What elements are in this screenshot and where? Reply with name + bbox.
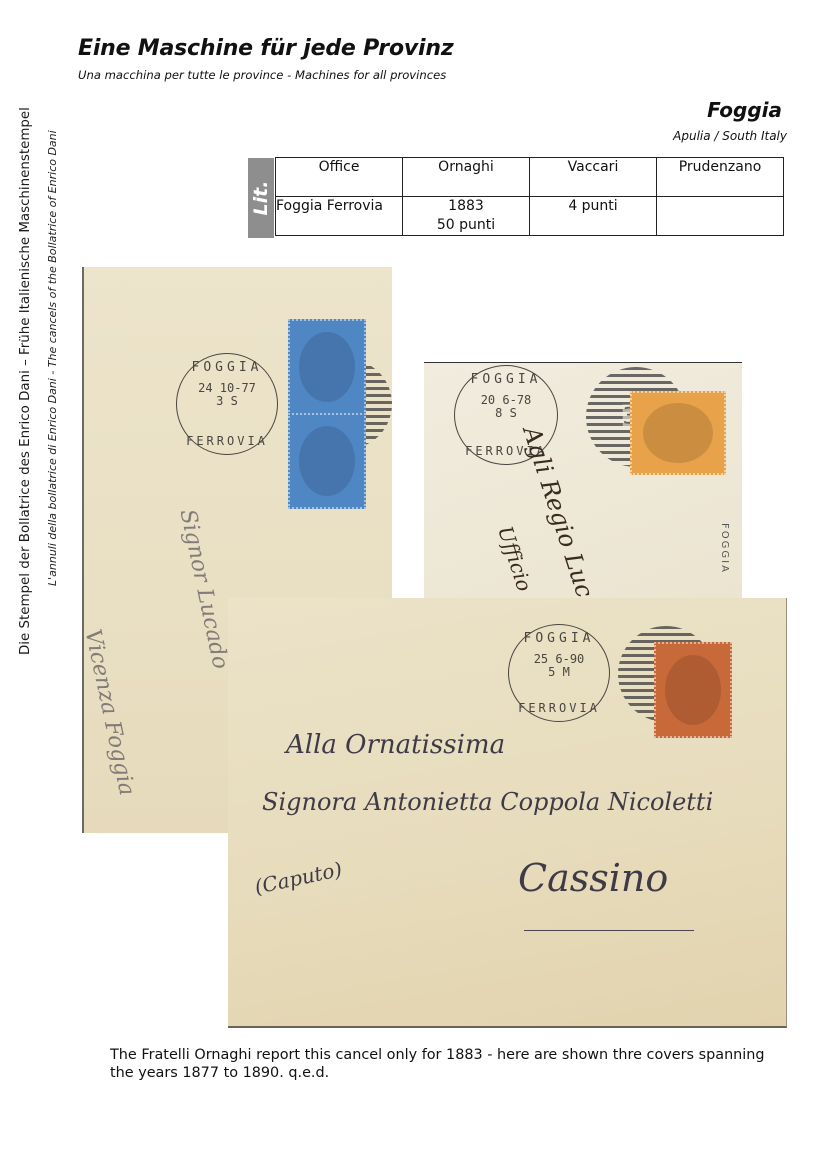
table-header-row: Office Ornaghi Vaccari Prudenzano [276,158,784,197]
col-office: Office [276,158,403,197]
location-name: Foggia [707,98,782,122]
cell-prudenzano [657,197,784,236]
stamp-brown [654,642,732,738]
location-region: Apulia / South Italy [673,129,787,143]
literature-label: Lit. [248,158,274,238]
series-title: Die Stempel der Bollatrice des Enrico Da… [18,107,33,655]
address-line: (Caputo) [252,857,344,899]
literature-table: Office Ornaghi Vaccari Prudenzano Foggia… [275,157,784,236]
page-subtitle: Una macchina per tutte le province - Mac… [78,68,446,82]
caption-note: The Fratelli Ornaghi report this cancel … [110,1046,770,1082]
address-line: Signora Antonietta Coppola Nicoletti [262,788,713,816]
series-subtitle: L'annuli della bollatrice di Enrico Dani… [46,130,59,586]
handwriting: Signor Lucado [175,507,233,671]
handwriting: Vicenza Foggia [80,627,140,798]
address-line: Cassino [518,856,668,900]
cell-ornaghi: 188350 punti [403,197,530,236]
stamp-blue [288,319,366,415]
cover-1878: FOGGIA 20 6-788 S FERROVIA 30 Agli Regio… [424,362,742,605]
address-line: Alla Ornatissima [286,730,505,760]
cell-office: Foggia Ferrovia [276,197,403,236]
stamp-orange [630,391,726,475]
postmark: FOGGIA 24 10-773 S FERROVIA [176,353,278,455]
cover-1890: FOGGIA 25 6-905 M FERROVIA 3 Alla Ornati… [228,598,787,1028]
cell-vaccari: 4 punti [530,197,657,236]
underline [524,930,694,931]
stamp-blue [288,413,366,509]
table-row: Foggia Ferrovia 188350 punti 4 punti [276,197,784,236]
col-ornaghi: Ornaghi [403,158,530,197]
page-title: Eine Maschine für jede Provinz [78,36,453,61]
col-prudenzano: Prudenzano [657,158,784,197]
side-note: FOGGIA [719,523,730,574]
postmark: FOGGIA 25 6-905 M FERROVIA [508,624,610,722]
handwriting: Ufficio [493,523,537,594]
col-vaccari: Vaccari [530,158,657,197]
